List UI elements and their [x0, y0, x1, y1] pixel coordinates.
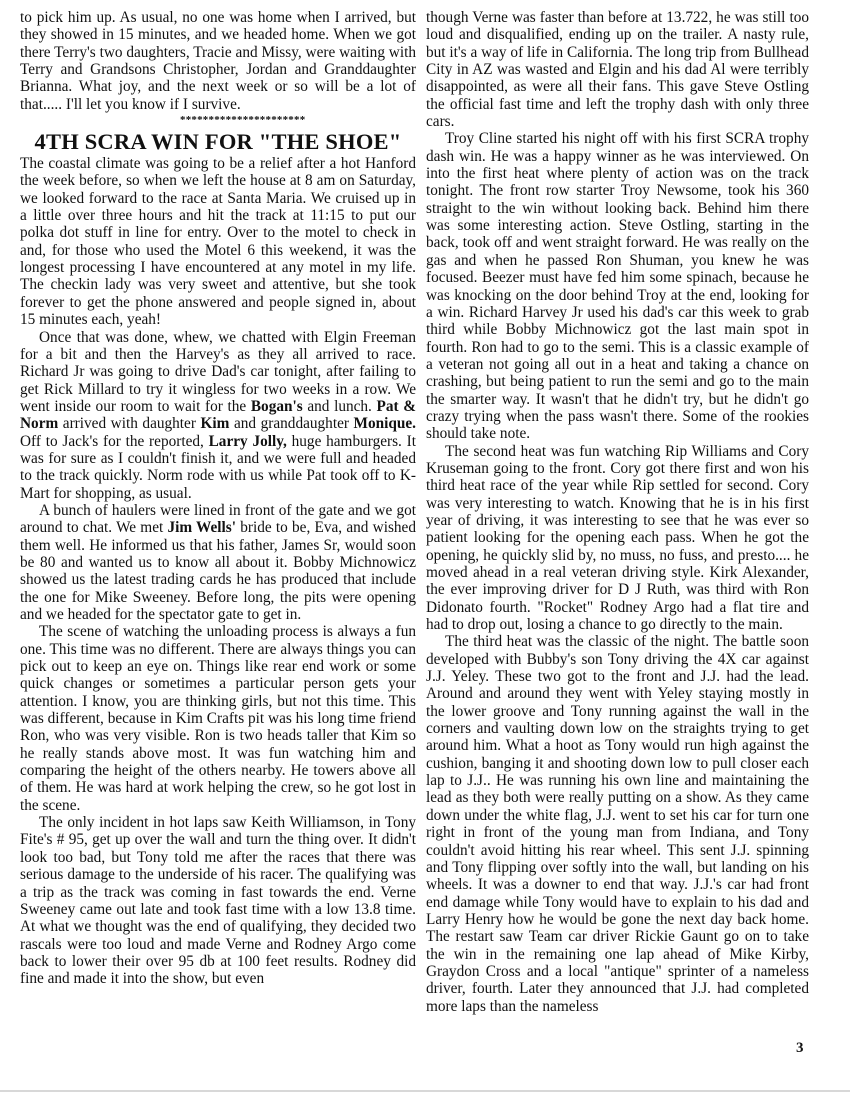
article-paragraph: The only incident in hot laps saw Keith …: [20, 814, 416, 987]
article-paragraph: The second heat was fun watching Rip Wil…: [426, 443, 809, 634]
article-paragraph: Troy Cline started his night off with hi…: [426, 130, 809, 442]
paragraph-text: Off to Jack's for the reported,: [20, 433, 209, 450]
bold-name: Kim: [201, 415, 230, 432]
bold-name: Bogan's: [251, 398, 303, 415]
page-number: 3: [796, 1040, 804, 1057]
article-paragraph: The scene of watching the unloading proc…: [20, 623, 416, 814]
bold-name: Larry Jolly,: [209, 433, 287, 450]
continued-paragraph: to pick him up. As usual, no one was hom…: [20, 9, 416, 113]
left-column: to pick him up. As usual, no one was hom…: [20, 9, 416, 988]
newsletter-page: to pick him up. As usual, no one was hom…: [0, 0, 850, 1100]
section-separator: **********************: [20, 113, 416, 128]
scan-bottom-edge: [0, 1090, 850, 1092]
bold-name: Jim Wells': [167, 519, 236, 536]
article-paragraph: though Verne was faster than before at 1…: [426, 9, 809, 130]
article-paragraph: The third heat was the classic of the ni…: [426, 633, 809, 1015]
article-paragraph: Once that was done, whew, we chatted wit…: [20, 329, 416, 502]
paragraph-text: and granddaughter: [229, 415, 353, 432]
paragraph-text: arrived with daughter: [58, 415, 200, 432]
article-paragraph: A bunch of haulers were lined in front o…: [20, 502, 416, 623]
article-headline: 4TH SCRA WIN FOR "THE SHOE": [20, 128, 416, 155]
article-paragraph: The coastal climate was going to be a re…: [20, 155, 416, 328]
paragraph-text: and lunch.: [303, 398, 377, 415]
bold-name: Monique.: [354, 415, 416, 432]
right-column: though Verne was faster than before at 1…: [426, 9, 809, 1015]
